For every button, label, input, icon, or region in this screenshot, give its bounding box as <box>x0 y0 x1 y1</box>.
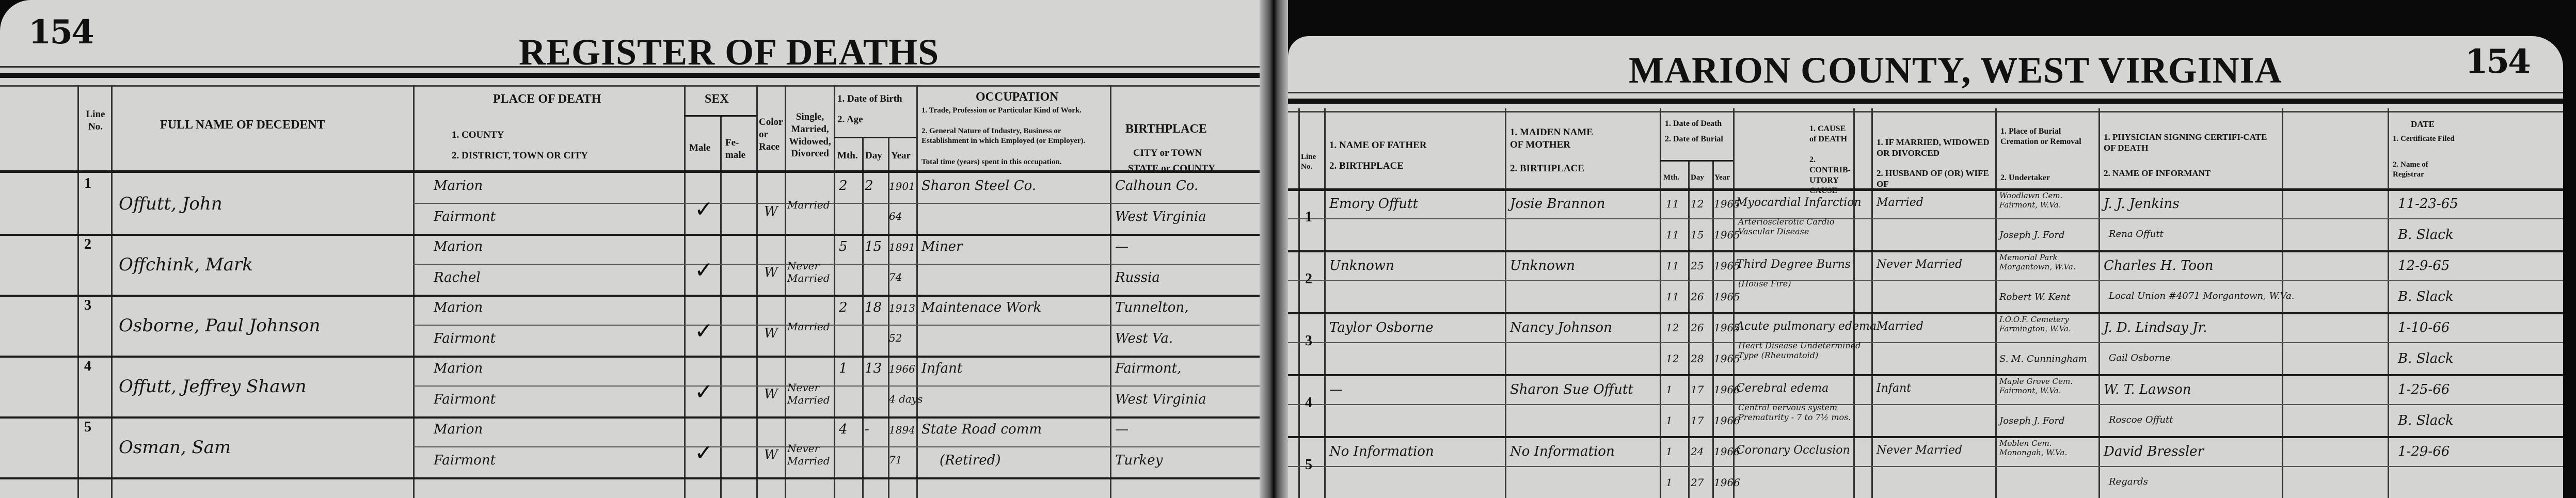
undertaker: S. M. Cunningham <box>1999 354 2087 364</box>
mother-maiden-name: Sharon Sue Offutt <box>1510 382 1633 397</box>
burial-place: I.O.O.F. Cemetery Farmington, W.Va. <box>1999 315 2097 333</box>
line-number: 2 <box>1305 271 1312 287</box>
undertaker: Joseph J. Ford <box>1999 230 2065 240</box>
death-district: Fairmont <box>434 209 496 224</box>
cause-of-death: Cerebral edema <box>1736 382 1828 395</box>
header-male: Male <box>689 142 710 154</box>
header-day: Day <box>865 150 882 162</box>
burial-place: Woodlawn Cem. Fairmont, W.Va. <box>1999 191 2097 210</box>
sex-male-check: ✓ <box>694 257 713 283</box>
header-mother-name: 1. MAIDEN NAME OF MOTHER <box>1510 126 1598 151</box>
occupation: Miner <box>921 239 963 254</box>
burial-day: 28 <box>1691 352 1704 365</box>
header-father-birthplace: 2. BIRTHPLACE <box>1329 160 1404 172</box>
header-marital: Single, Married, Widowed, Divorced <box>787 111 833 160</box>
header-race: Color or Race <box>759 116 785 153</box>
burial-month: 1 <box>1666 476 1673 489</box>
row-rule <box>1288 466 2563 467</box>
header-date: DATE <box>2411 119 2435 130</box>
burial-day: 26 <box>1691 291 1704 303</box>
certificate-filed-date: 12-9-65 <box>2398 258 2450 274</box>
row-rule <box>0 295 1260 297</box>
birthplace-city: — <box>1115 422 1128 437</box>
marital-status: Never Married <box>787 381 833 406</box>
certificate-filed-date: 1-10-66 <box>2398 320 2450 335</box>
death-county: Marion <box>434 300 483 315</box>
header-county: 1. COUNTY <box>452 129 504 141</box>
birth-year: 1901 <box>889 180 915 192</box>
burial-month: 11 <box>1666 291 1679 303</box>
header-age: 2. Age <box>837 114 863 126</box>
line-number: 5 <box>84 419 91 436</box>
burial-month: 11 <box>1666 229 1679 241</box>
certificate-filed-date: 1-25-66 <box>2398 382 2450 397</box>
mother-maiden-name: Unknown <box>1510 258 1575 274</box>
death-day: 24 <box>1691 445 1704 458</box>
occupation: Sharon Steel Co. <box>921 178 1036 194</box>
age: 74 <box>889 271 902 283</box>
informant-name: Roscoe Offutt <box>2109 414 2173 425</box>
line-number: 3 <box>1305 333 1312 349</box>
sex-male-check: ✓ <box>694 196 713 222</box>
header-certificate-filed: 1. Certificate Filed <box>2393 134 2455 144</box>
book-spine <box>1260 0 1288 498</box>
header-occupation-3: Total time (years) spent in this occupat… <box>921 157 1107 167</box>
marital-status: Never Married <box>787 442 833 467</box>
header-line-no: Line No. <box>83 108 108 133</box>
header-district: 2. DISTRICT, TOWN OR CITY <box>452 150 588 162</box>
cause-of-death: Myocardial Infarction <box>1736 196 1862 209</box>
death-month: 12 <box>1666 322 1679 334</box>
birthplace-city: Tunnelton, <box>1115 300 1188 315</box>
header-birthplace-state: STATE or COUNTY <box>1128 163 1215 175</box>
physician-name: Charles H. Toon <box>2104 258 2213 274</box>
row-rule <box>413 325 1260 326</box>
birth-day: - <box>865 422 869 437</box>
race: W <box>764 204 778 219</box>
death-month: 11 <box>1666 198 1679 210</box>
occupation: Maintenace Work <box>921 300 1041 315</box>
race: W <box>764 387 778 402</box>
marital-status: Married <box>1877 320 1923 333</box>
burial-year: 1966 <box>1714 476 1740 489</box>
row-rule <box>0 416 1260 419</box>
birthplace-state: West Virginia <box>1115 392 1206 407</box>
race: W <box>764 447 778 463</box>
decedent-name: Osborne, Paul Johnson <box>119 315 320 336</box>
header-informant: 2. NAME OF INFORMANT <box>2104 168 2211 179</box>
mother-maiden-name: Nancy Johnson <box>1510 320 1612 335</box>
father-name: Taylor Osborne <box>1329 320 1434 335</box>
cause-of-death: Coronary Occlusion <box>1736 444 1850 457</box>
header-full-name: FULL NAME OF DECEDENT <box>160 117 325 133</box>
birth-month: 1 <box>839 361 848 376</box>
header-occupation-1: 1. Trade, Profession or Particular Kind … <box>921 106 1107 116</box>
death-district: Fairmont <box>434 453 496 468</box>
certificate-filed-date: 11-23-65 <box>2398 196 2458 212</box>
birth-year: 1966 <box>889 363 915 375</box>
burial-day: 27 <box>1691 476 1704 489</box>
header-mth: Mth. <box>1663 173 1679 183</box>
registrar-name: B. Slack <box>2398 413 2454 428</box>
physician-name: W. T. Lawson <box>2104 382 2191 397</box>
father-name: Emory Offutt <box>1329 196 1418 212</box>
marital-status: Never Married <box>1877 258 1962 271</box>
burial-place: Maple Grove Cem. Fairmont, W.Va. <box>1999 377 2097 395</box>
cause-of-death: Third Degree Burns <box>1736 258 1851 271</box>
marital-status: Infant <box>1877 382 1911 395</box>
header-day: Day <box>1691 173 1704 183</box>
burial-year: 1965 <box>1714 291 1740 303</box>
birth-month: 4 <box>839 422 848 437</box>
age: 64 <box>889 210 902 222</box>
header-sex: SEX <box>705 91 729 107</box>
header-occupation-2: 2. General Nature of Industry, Business … <box>921 126 1107 146</box>
sex-male-check: ✓ <box>694 440 713 466</box>
occupation: Infant <box>921 361 962 376</box>
page-title: MARION COUNTY, WEST VIRGINIA <box>1629 49 2282 92</box>
decedent-name: Offchink, Mark <box>119 254 253 275</box>
header-mother-birthplace: 2. BIRTHPLACE <box>1510 163 1584 175</box>
header-physician: 1. PHYSICIAN SIGNING CERTIFI-CATE OF DEA… <box>2104 132 2279 154</box>
cause-of-death: Acute pulmonary edema <box>1736 320 1877 333</box>
row-rule <box>413 446 1260 447</box>
row-rule <box>0 477 1260 479</box>
marital-status: Never Married <box>787 260 833 284</box>
undertaker: Joseph J. Ford <box>1999 415 2065 426</box>
marital-status: Married <box>787 320 833 333</box>
death-county: Marion <box>434 178 483 194</box>
registrar-name: B. Slack <box>2398 289 2454 304</box>
burial-year: 1965 <box>1714 352 1740 365</box>
line-number: 1 <box>84 175 91 192</box>
right-page: MARION COUNTY, WEST VIRGINIA 154 Line No… <box>1288 36 2563 498</box>
sex-male-check: ✓ <box>694 318 713 344</box>
header-year: Year <box>1714 173 1730 183</box>
birth-day: 18 <box>865 300 882 315</box>
line-number: 2 <box>84 236 91 253</box>
header-female: Fe-male <box>725 137 754 162</box>
header-dob: 1. Date of Birth <box>837 93 902 105</box>
header-date-burial: 2. Date of Burial <box>1665 134 1723 144</box>
burial-place: Memorial Park Morgantown, W.Va. <box>1999 253 2097 271</box>
header-birthplace: BIRTHPLACE <box>1125 121 1207 137</box>
row-rule <box>1288 218 2563 219</box>
physician-name: David Bressler <box>2104 444 2204 459</box>
contributory-cause: Arteriosclerotic Cardio Vascular Disease <box>1738 217 1867 236</box>
header-father-name: 1. NAME OF FATHER <box>1329 139 1427 152</box>
contributory-cause: Heart Disease Undetermined Type (Rheumat… <box>1738 341 1867 360</box>
death-day: 26 <box>1691 322 1704 334</box>
register-table: Line No. FULL NAME OF DECEDENT PLACE OF … <box>0 85 1260 498</box>
birth-month: 5 <box>839 239 848 254</box>
header-mth: Mth. <box>837 150 858 162</box>
decedent-name: Offutt, John <box>119 194 222 214</box>
occupation-industry: (Retired) <box>940 453 1000 468</box>
physician-name: J. J. Jenkins <box>2104 196 2180 212</box>
page-number: 154 <box>2465 42 2530 81</box>
birth-day: 2 <box>865 178 873 194</box>
header-line-no: Line No. <box>1301 152 1322 172</box>
header-year: Year <box>891 150 911 162</box>
registrar-name: B. Slack <box>2398 227 2454 243</box>
header-spouse: 2. HUSBAND OF (OR) WIFE OF <box>1877 168 1990 190</box>
registrar-name: B. Slack <box>2398 351 2454 366</box>
informant-name: Gail Osborne <box>2109 352 2171 363</box>
row-rule <box>1288 312 2563 314</box>
mother-maiden-name: No Information <box>1510 444 1615 459</box>
age: 52 <box>889 332 902 344</box>
line-number: 4 <box>84 358 91 375</box>
row-rule <box>413 264 1260 265</box>
undertaker: Robert W. Kent <box>1999 292 2070 302</box>
informant-name: Local Union #4071 Morgantown, W.Va. <box>2109 291 2294 301</box>
physician-name: J. D. Lindsay Jr. <box>2104 320 2207 335</box>
header-registrar: 2. Name of Registrar <box>2393 160 2455 180</box>
contributory-cause: (House Fire) <box>1738 279 1867 288</box>
row-rule <box>413 203 1260 204</box>
birth-year: 1913 <box>889 302 915 314</box>
death-district: Rachel <box>434 270 481 285</box>
birthplace-city: Fairmont, <box>1115 361 1181 376</box>
row-rule <box>1288 404 2563 405</box>
birthplace-city: Calhoun Co. <box>1115 178 1198 194</box>
burial-year: 1965 <box>1714 229 1740 241</box>
sex-male-check: ✓ <box>694 379 713 405</box>
birthplace-state: Russia <box>1115 270 1160 285</box>
header-date-death: 1. Date of Death <box>1665 119 1722 129</box>
informant-name: Regards <box>2109 476 2148 487</box>
marital-status: Never Married <box>1877 444 1962 457</box>
race: W <box>764 326 778 341</box>
burial-month: 1 <box>1666 414 1673 427</box>
father-name: No Information <box>1329 444 1434 459</box>
line-number: 4 <box>1305 395 1312 411</box>
header-birthplace-city: CITY or TOWN <box>1133 147 1202 159</box>
marital-status: Married <box>1877 196 1923 209</box>
birth-year: 1891 <box>889 241 915 253</box>
row-rule <box>1288 436 2563 438</box>
death-day: 25 <box>1691 260 1704 272</box>
header-undertaker: 2. Undertaker <box>2000 173 2050 183</box>
father-name: — <box>1329 382 1343 397</box>
certificate-filed-date: 1-29-66 <box>2398 444 2450 459</box>
birthplace-city: — <box>1115 239 1128 254</box>
birth-year: 1894 <box>889 424 915 436</box>
row-rule <box>1288 342 2563 343</box>
decedent-name: Osman, Sam <box>119 437 231 458</box>
row-rule <box>0 234 1260 236</box>
register-table: Line No. 1. NAME OF FATHER 2. BIRTHPLACE… <box>1288 108 2563 498</box>
birth-day: 15 <box>865 239 882 254</box>
father-name: Unknown <box>1329 258 1394 274</box>
burial-year: 1966 <box>1714 414 1740 427</box>
decedent-name: Offutt, Jeffrey Shawn <box>119 376 307 397</box>
age: 71 <box>889 454 902 466</box>
header-cause: 1. CAUSE of DEATH <box>1809 124 1851 144</box>
death-month: 1 <box>1666 383 1673 396</box>
death-month: 11 <box>1666 260 1679 272</box>
line-number: 3 <box>84 297 91 314</box>
contributory-cause: Central nervous system Prematurity - 7 t… <box>1738 403 1867 422</box>
header-occupation: OCCUPATION <box>976 89 1058 105</box>
birthplace-state: West Virginia <box>1115 209 1206 224</box>
line-number: 1 <box>1305 209 1312 226</box>
birth-day: 13 <box>865 361 882 376</box>
header-rule <box>0 66 1260 87</box>
burial-month: 12 <box>1666 352 1679 365</box>
left-page: 154 REGISTER OF DEATHS Line No. FULL NAM… <box>0 0 1260 498</box>
birthplace-state: Turkey <box>1115 453 1163 468</box>
death-district: Fairmont <box>434 331 496 346</box>
mother-maiden-name: Josie Brannon <box>1510 196 1605 212</box>
row-rule <box>1288 280 2563 281</box>
row-rule <box>413 385 1260 387</box>
burial-place: Moblen Cem. Monongah, W.Va. <box>1999 439 2097 457</box>
birthplace-state: West Va. <box>1115 331 1173 346</box>
race: W <box>764 265 778 280</box>
death-month: 1 <box>1666 445 1673 458</box>
birth-month: 2 <box>839 178 848 194</box>
birth-month: 2 <box>839 300 848 315</box>
occupation: State Road comm <box>921 422 1042 437</box>
page-number: 154 <box>28 13 93 52</box>
line-number: 5 <box>1305 457 1312 473</box>
burial-day: 15 <box>1691 229 1704 241</box>
row-rule <box>1288 250 2563 252</box>
death-day: 12 <box>1691 198 1704 210</box>
death-county: Marion <box>434 422 483 437</box>
death-day: 17 <box>1691 383 1704 396</box>
row-rule <box>1288 374 2563 376</box>
informant-name: Rena Offutt <box>2109 229 2164 239</box>
header-place-of-death: PLACE OF DEATH <box>493 91 601 107</box>
marital-status: Married <box>787 199 833 211</box>
age: 4 days <box>889 393 923 405</box>
header-marital: 1. IF MARRIED, WIDOWED OR DIVORCED <box>1877 137 1990 159</box>
death-county: Marion <box>434 239 483 254</box>
death-county: Marion <box>434 361 483 376</box>
row-rule <box>0 356 1260 358</box>
burial-day: 17 <box>1691 414 1704 427</box>
death-district: Fairmont <box>434 392 496 407</box>
header-burial-place: 1. Place of Burial Cremation or Removal <box>2000 126 2093 147</box>
